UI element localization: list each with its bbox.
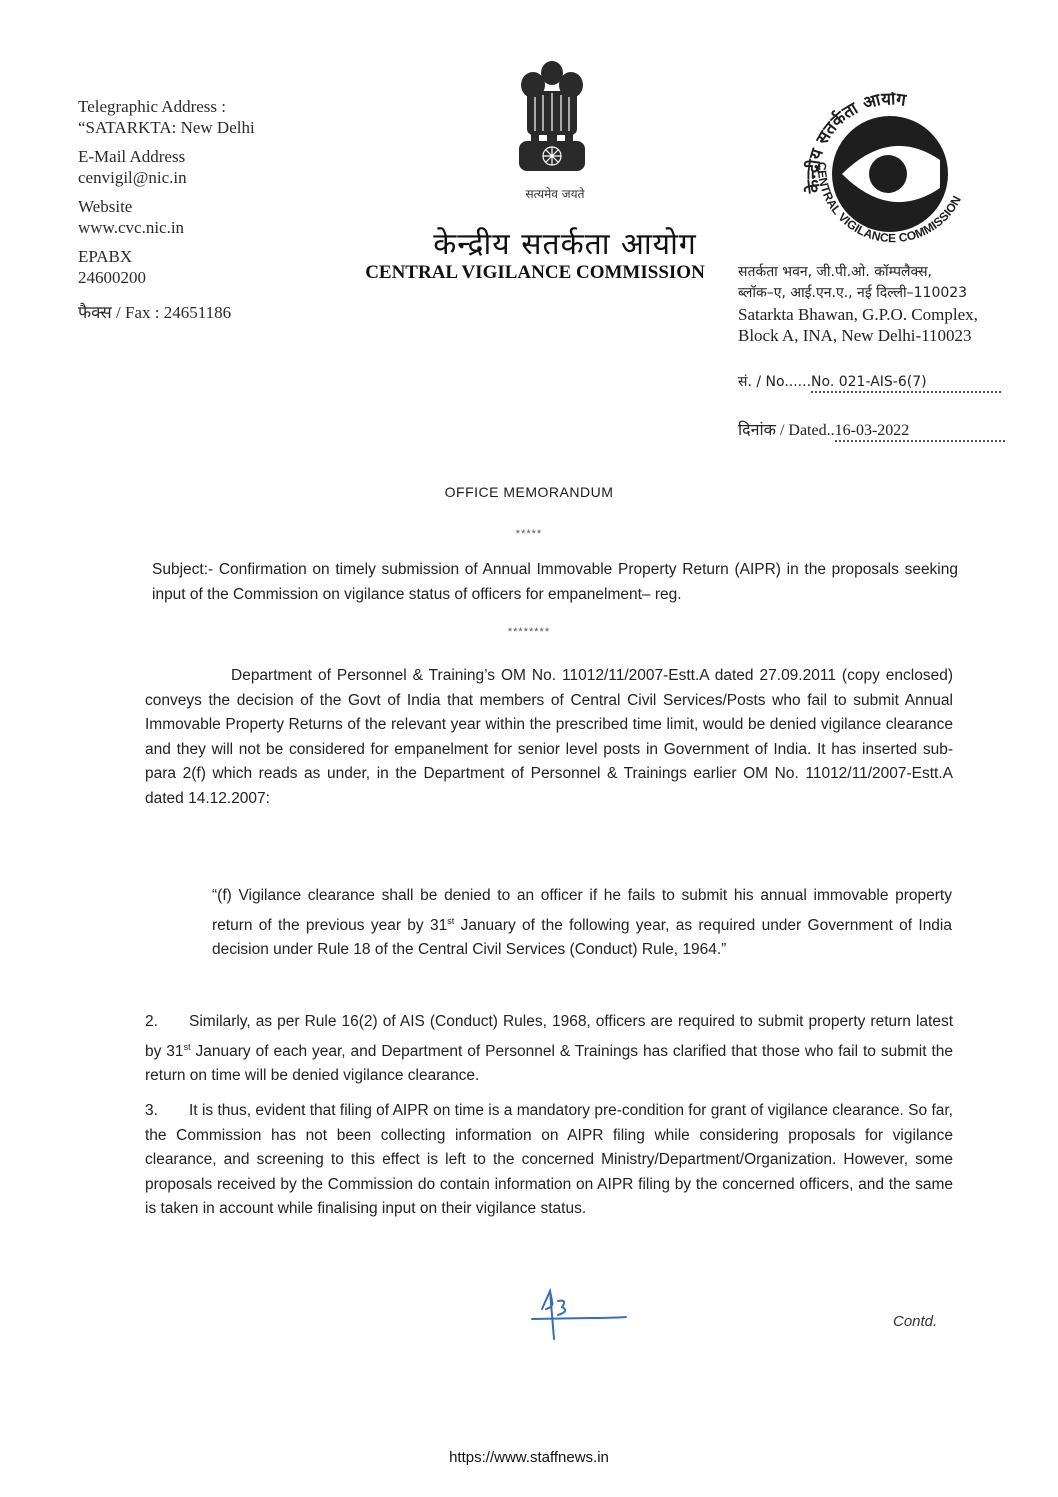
intro-paragraph-text: Department of Personnel & Training’s OM … [145, 667, 953, 807]
continued-note: Contd. [893, 1313, 937, 1330]
separator-short: ***** [0, 528, 1058, 540]
title-english: CENTRAL VIGILANCE COMMISSION [330, 262, 740, 284]
paragraph-2-superscript: st [184, 1042, 191, 1052]
paragraph-2: 2.Similarly, as per Rule 16(2) of AIS (C… [145, 1010, 953, 1089]
paragraph-3: 3.It is thus, evident that filing of AIP… [145, 1099, 953, 1222]
paragraph-2-text-2: January of each year, and Department of … [145, 1043, 953, 1085]
epabx-label: EPABX [78, 246, 255, 267]
fax-number: फैक्स / Fax : 24651186 [78, 302, 255, 323]
date-label: दिनांक / Dated.. [738, 422, 835, 439]
telegraphic-label: Telegraphic Address : [78, 96, 255, 117]
memo-subject: Subject:- Confirmation on timely submiss… [152, 558, 958, 607]
date-value: 16-03-2022 [835, 422, 910, 439]
motto: सत्यमेव जयते [510, 185, 600, 202]
paragraph-number: 3. [145, 1099, 189, 1124]
cvc-eye-logo-icon: केन्द्रीय सतर्कता आयोग CENTRAL VIGILANCE… [790, 92, 990, 252]
paragraph-number: 2. [145, 1010, 189, 1035]
national-emblem-icon [513, 55, 591, 175]
office-address: सतर्कता भवन, जी.पी.ओ. कॉम्पलैक्स, ब्लॉक–… [738, 262, 978, 346]
reference-number-line: सं. / No......No. 021-AIS-6(7) [738, 372, 1001, 393]
paragraph-3-text: It is thus, evident that filing of AIPR … [145, 1102, 953, 1217]
contact-block: Telegraphic Address : “SATARKTA: New Del… [78, 96, 255, 331]
memo-title: OFFICE MEMORANDUM [0, 484, 1058, 500]
address-english-line1: Satarkta Bhawan, G.P.O. Complex, [738, 304, 978, 325]
website-value[interactable]: www.cvc.nic.in [78, 217, 255, 238]
title-hindi: केन्द्रीय सतर्कता आयोग [400, 222, 730, 263]
email-value[interactable]: cenvigil@nic.in [78, 167, 255, 188]
telegraphic-value: “SATARKTA: New Delhi [78, 117, 255, 138]
epabx-value: 24600200 [78, 267, 255, 288]
date-line: दिनांक / Dated..16-03-2022 [738, 418, 1005, 442]
quoted-sub-para: “(f) Vigilance clearance shall be denied… [212, 884, 952, 963]
website-label: Website [78, 196, 255, 217]
address-hindi-line2: ब्लॉक–ए, आई.एन.ए., नई दिल्ली–110023 [738, 283, 978, 304]
email-label: E-Mail Address [78, 146, 255, 167]
reference-number: No. 021-AIS-6(7) [811, 374, 927, 390]
handwritten-initials-icon [530, 1285, 630, 1345]
address-hindi-line1: सतर्कता भवन, जी.पी.ओ. कॉम्पलैक्स, [738, 262, 978, 283]
intro-paragraph: Department of Personnel & Training’s OM … [145, 664, 953, 811]
address-english-line2: Block A, INA, New Delhi-110023 [738, 325, 978, 346]
reference-label: सं. / No...... [738, 374, 811, 390]
footer-watermark-link[interactable]: https://www.staffnews.in [0, 1449, 1058, 1466]
separator-long: ******** [0, 626, 1058, 638]
